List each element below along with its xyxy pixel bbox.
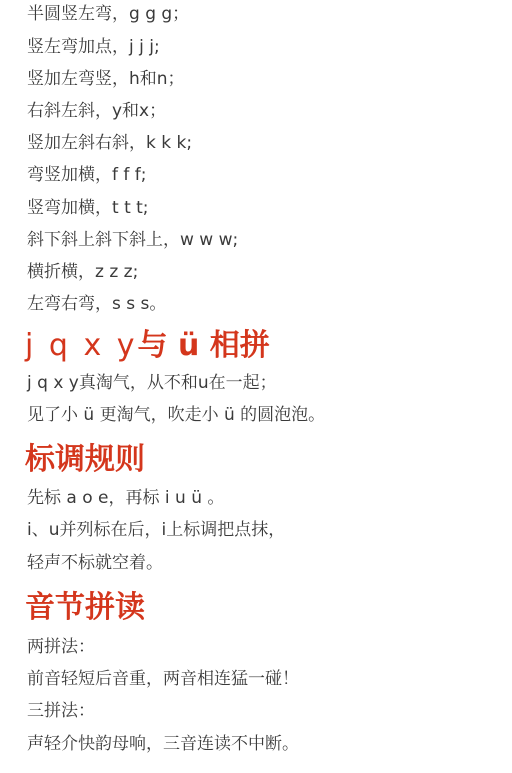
section3-line-4: 声轻介快韵母响，三音连读不中断。 — [27, 733, 299, 755]
pinyin-rules-page: 半圆竖左弯，g g g； 竖左弯加点，j j j; 竖加左弯竖，h和n； 右斜左… — [0, 0, 512, 773]
section-heading-tone-rules: 标调规则 — [25, 442, 145, 478]
section3-line-3: 三拼法： — [27, 700, 95, 722]
stroke-rule-y-x: 右斜左斜，y和x； — [27, 100, 166, 122]
section1-line-2: 见了小 ü 更淘气，吹走小 ü 的圆泡泡。 — [27, 404, 325, 426]
heading-latin-part: j q x y — [25, 328, 138, 363]
section3-line-1: 两拼法： — [27, 636, 95, 658]
stroke-rule-z: 横折横，z z z; — [27, 261, 138, 283]
section-heading-syllable-reading: 音节拼读 — [25, 590, 145, 626]
section-heading-jqxy: j q x y与 ü 相拼 — [25, 328, 270, 364]
stroke-rule-f: 弯竖加横，f f f; — [27, 164, 147, 186]
section2-line-1: 先标 a o e，再标 i u ü 。 — [27, 487, 224, 509]
section3-line-2: 前音轻短后音重，两音相连猛一碰！ — [27, 668, 299, 690]
section2-line-2: i、u并列标在后，i上标调把点抹， — [27, 519, 285, 541]
stroke-rule-g: 半圆竖左弯，g g g； — [27, 3, 189, 25]
heading-cjk-part: 与 ü 相拼 — [138, 328, 270, 363]
section1-line-1: j q x y真淘气，从不和u在一起； — [27, 372, 277, 394]
stroke-rule-h-n: 竖加左弯竖，h和n； — [27, 68, 185, 90]
stroke-rule-t: 竖弯加横，t t t; — [27, 197, 149, 219]
stroke-rule-w: 斜下斜上斜下斜上，w w w; — [27, 229, 238, 251]
stroke-rule-j: 竖左弯加点，j j j; — [27, 36, 160, 58]
stroke-rule-k: 竖加左斜右斜，k k k; — [27, 132, 192, 154]
stroke-rule-s: 左弯右弯，s s s。 — [27, 293, 166, 315]
section2-line-3: 轻声不标就空着。 — [27, 552, 163, 574]
